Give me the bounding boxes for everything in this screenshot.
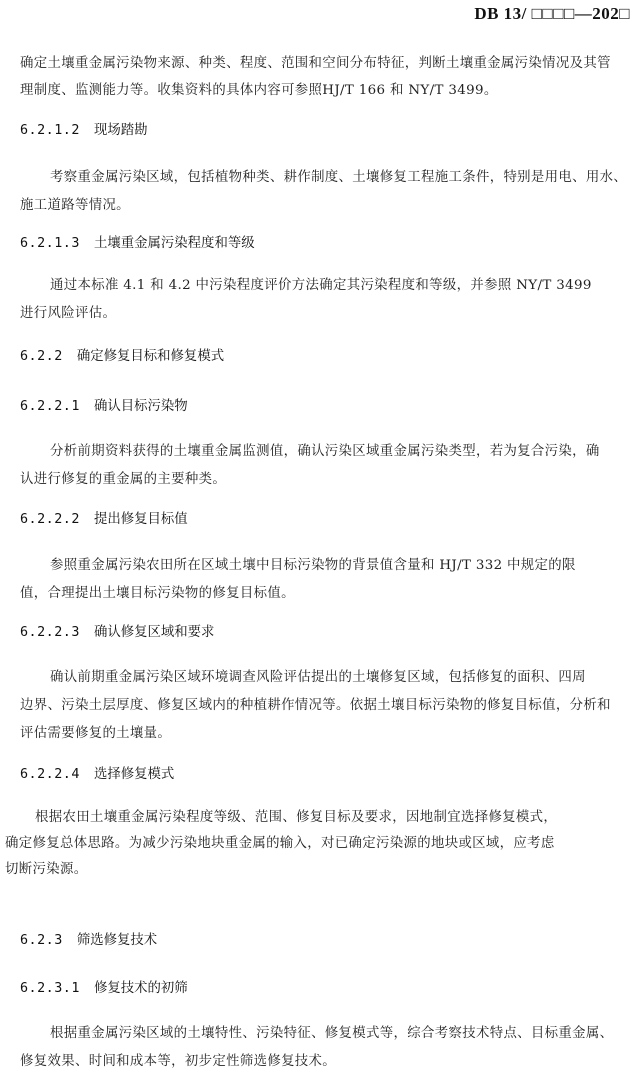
section-title: 修复技术的初筛 bbox=[94, 981, 188, 996]
paragraph-line: 切断污染源。 bbox=[5, 858, 87, 877]
paragraph-line: 修复效果、时间和成本等，初步定性筛选修复技术。 bbox=[20, 1050, 336, 1069]
section-heading-6-2-1-3: 6.2.1.3土壤重金属污染程度和等级 bbox=[20, 232, 255, 251]
section-heading-6-2-3-1: 6.2.3.1修复技术的初筛 bbox=[20, 977, 188, 996]
paragraph-line: 考察重金属污染区域，包括植物种类、耕作制度、土壤修复工程施工条件，特别是用电、用… bbox=[50, 166, 627, 185]
section-number: 6.2.2.2 bbox=[20, 512, 80, 527]
section-title: 确认修复区域和要求 bbox=[94, 625, 215, 640]
document-page: DB 13/ □□□□—202□ 确定土壤重金属污染物来源、种类、程度、范围和空… bbox=[0, 0, 640, 1074]
section-title: 土壤重金属污染程度和等级 bbox=[94, 236, 255, 251]
section-number: 6.2.3.1 bbox=[20, 981, 80, 996]
section-title: 提出修复目标值 bbox=[94, 512, 188, 527]
section-heading-6-2-2-1: 6.2.2.1确认目标污染物 bbox=[20, 395, 188, 414]
section-number: 6.2.2.3 bbox=[20, 625, 80, 640]
section-heading-6-2-2-3: 6.2.2.3确认修复区域和要求 bbox=[20, 621, 214, 640]
section-title: 确定修复目标和修复模式 bbox=[77, 349, 224, 364]
paragraph-line: 确定土壤重金属污染物来源、种类、程度、范围和空间分布特征，判断土壤重金属污染情况… bbox=[20, 52, 611, 71]
paragraph-line: 根据重金属污染区域的土壤特性、污染特征、修复模式等，综合考察技术特点、目标重金属… bbox=[50, 1022, 613, 1041]
section-title: 选择修复模式 bbox=[94, 767, 174, 782]
section-number: 6.2.2 bbox=[20, 349, 63, 364]
section-number: 6.2.2.4 bbox=[20, 767, 80, 782]
section-heading-6-2-2-4: 6.2.2.4选择修复模式 bbox=[20, 763, 174, 782]
paragraph-line: 分析前期资料获得的土壤重金属监测值，确认污染区域重金属污染类型，若为复合污染，确 bbox=[50, 440, 600, 459]
paragraph-line: 确定修复总体思路。为减少污染地块重金属的输入，对已确定污染源的地块或区域，应考虑 bbox=[5, 832, 555, 851]
section-title: 筛选修复技术 bbox=[77, 933, 157, 948]
paragraph-line: 理制度、监测能力等。收集资料的具体内容可参照HJ/T 166 和 NY/T 34… bbox=[20, 79, 498, 98]
section-number: 6.2.1.3 bbox=[20, 236, 80, 251]
section-number: 6.2.3 bbox=[20, 933, 63, 948]
document-code-header: DB 13/ □□□□—202□ bbox=[474, 4, 630, 24]
paragraph-line: 认进行修复的重金属的主要种类。 bbox=[20, 468, 226, 487]
paragraph-line: 通过本标准 4.1 和 4.2 中污染程度评价方法确定其污染程度和等级，并参照 … bbox=[50, 274, 592, 293]
section-heading-6-2-1-2: 6.2.1.2现场踏勘 bbox=[20, 119, 148, 138]
paragraph-line: 施工道路等情况。 bbox=[20, 194, 130, 213]
section-heading-6-2-2: 6.2.2确定修复目标和修复模式 bbox=[20, 345, 224, 364]
paragraph-line: 确认前期重金属污染区域环境调查风险评估提出的土壤修复区域，包括修复的面积、四周 bbox=[50, 666, 586, 685]
section-number: 6.2.2.1 bbox=[20, 399, 80, 414]
section-number: 6.2.1.2 bbox=[20, 123, 80, 138]
paragraph-line: 边界、污染土层厚度、修复区域内的种植耕作情况等。依据土壤目标污染物的修复目标值，… bbox=[20, 694, 611, 713]
paragraph-line: 参照重金属污染农田所在区域土壤中目标污染物的背景值含量和 HJ/T 332 中规… bbox=[50, 554, 576, 573]
section-title: 确认目标污染物 bbox=[94, 399, 188, 414]
paragraph-line: 值，合理提出土壤目标污染物的修复目标值。 bbox=[20, 582, 295, 601]
section-heading-6-2-3: 6.2.3筛选修复技术 bbox=[20, 929, 157, 948]
paragraph-line: 评估需要修复的土壤量。 bbox=[20, 722, 171, 741]
paragraph-line: 进行风险评估。 bbox=[20, 302, 116, 321]
section-title: 现场踏勘 bbox=[94, 123, 148, 138]
section-heading-6-2-2-2: 6.2.2.2提出修复目标值 bbox=[20, 508, 188, 527]
paragraph-line: 根据农田土壤重金属污染程度等级、范围、修复目标及要求，因地制宜选择修复模式， bbox=[35, 806, 557, 825]
